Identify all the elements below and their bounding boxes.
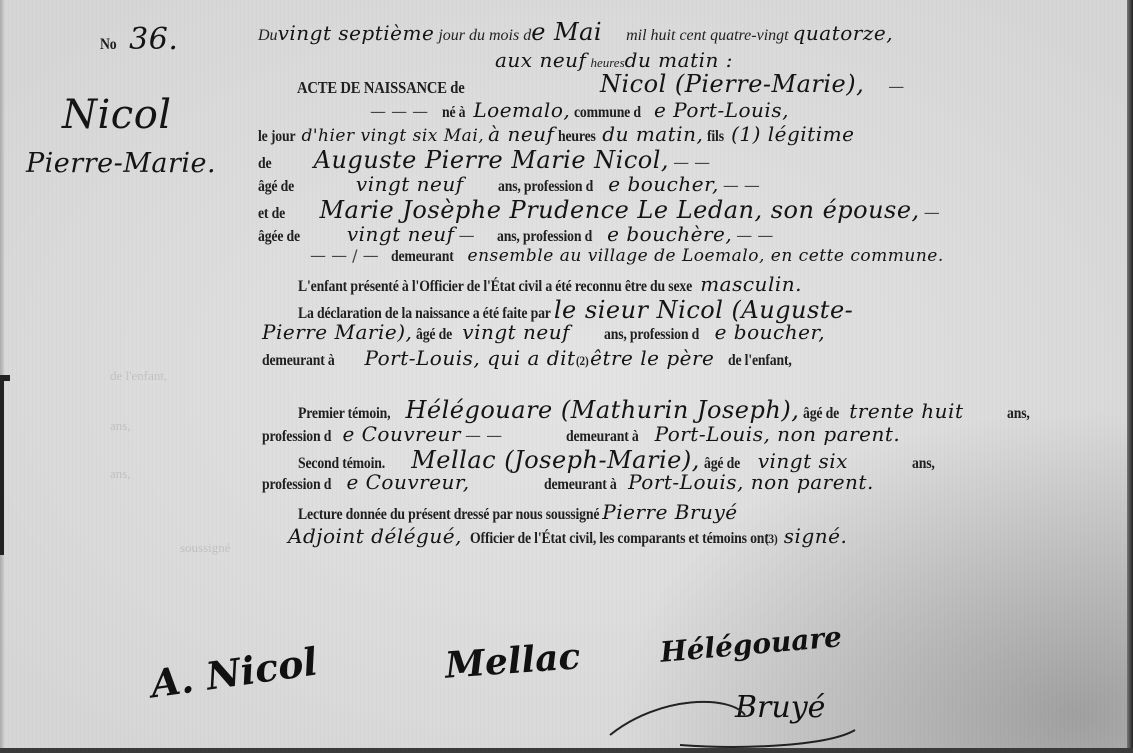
margin-surname-text: Nicol [62,92,172,138]
header-line-2: aux neuf heuresdu matin : [495,48,733,72]
le-jour-label: le jour [258,128,295,146]
commune-value: e Port-Louis, [654,98,789,122]
declarant-age-line: Pierre Marie), âgé de vingt neuf ans, pr… [262,320,825,344]
ans-label: ans, [912,455,935,473]
age-label: âgé de [416,326,452,344]
printed-du: Du [258,27,278,44]
residence-value: ensemble au village de Loemalo, en cette… [468,246,944,266]
father-name-line: de Auguste Pierre Marie Nicol, — — [258,146,710,174]
birth-place-line: — — — né à Loemalo, commune de Port-Loui… [370,98,789,122]
father-age-line: âgé de vingt neuf ans, profession de bou… [258,172,760,196]
mother-name: Marie Josèphe Prudence Le Ledan, son épo… [319,196,919,224]
signature-flourish [600,690,860,750]
profession-label: profession d [262,428,331,446]
declarant-profession: e boucher, [715,320,826,344]
father-name: Auguste Pierre Marie Nicol, [314,146,669,174]
margin-surname: Nicol [62,92,172,138]
profession-label: ans, profession d [604,326,699,344]
witness2-profession: e Couvreur, [346,470,469,494]
bleed-through-text: ans, [110,466,131,482]
birth-hour: à neuf [488,122,554,146]
entry-number: No 36. [100,22,178,57]
ne-a-label: né à [442,104,465,122]
note-2: (2) [576,353,589,369]
commune-label: commune d [574,104,641,122]
day-value: vingt septième [278,21,435,45]
year-value: quatorze, [793,21,893,45]
ans-label: ans, [1007,405,1030,423]
mother-age-line: âgée de vingt neuf — ans, profession de … [258,222,773,246]
binding-mark [0,375,4,555]
lecture-line: Lecture donnée du présent dressé par nou… [298,500,738,524]
witness1-profession: e Couvreur [342,422,461,446]
declarant-relation: être le père [590,346,714,370]
witness1-profession-line: profession de Couvreur — — demeurant à P… [262,422,900,446]
header-line-1: Duvingt septième jour du mois de Mai mil… [258,18,893,46]
time-value: du matin : [625,48,733,72]
father-profession: e boucher, [608,172,719,196]
officer-role: Adjoint délégué, [288,524,462,548]
father-age: vingt neuf [356,172,464,196]
demeurant-label: demeurant [391,248,454,266]
declarant-given-names: Pierre Marie), [262,320,412,344]
age-label: âgé de [803,405,839,423]
de-l-enfant: de l'enfant, [728,352,792,370]
profession-label: profession d [262,476,331,494]
fils-label: fils [707,128,724,146]
birth-date-line: le jourd'hier vingt six Mai, à neuf heur… [258,122,854,146]
act-title: ACTE DE NAISSANCE de [297,78,465,98]
child-sex-line: L'enfant présenté à l'Officier de l'État… [298,272,802,296]
bleed-through-text: de l'enfant, [110,368,167,384]
declarant-age: vingt neuf [462,320,570,344]
demeurant-label: demeurant à [566,428,639,446]
witness1-residence: Port-Louis, non parent. [655,422,901,446]
child-name-line: Nicol (Pierre-Marie), — [600,70,904,98]
profession-label: ans, profession d [497,228,592,246]
signature-helegouare: Hélégouare [659,620,843,669]
demeurant-label: demeurant à [262,352,335,370]
declarant-residence-line: demeurant à Port-Louis, qui a dit(2)être… [262,346,802,370]
witness1-name: Hélégouare (Mathurin Joseph), [405,396,799,424]
residence-line: — — / — demeurant ensemble au village de… [310,246,944,266]
witness2-residence: Port-Louis, non parent. [628,470,874,494]
margin-given-names: Pierre-Marie. [26,148,216,179]
child-sex-value: masculin. [700,272,802,296]
legitimacy-note: (1) légitime [731,122,854,146]
witness1-age: trente huit [849,399,963,423]
officer-name: Pierre Bruyé [602,500,737,524]
signature-mellac: Mellac [444,635,582,686]
witness1-label: Premier témoin, [298,405,390,423]
birth-time-detail: du matin, [602,122,703,146]
witness1-line: Premier témoin,Hélégouare (Mathurin Jose… [298,396,1034,424]
birth-register-page: de l'enfant, ans, ans, soussigné No 36. … [0,0,1133,753]
mother-age: vingt neuf [347,222,455,246]
demeurant-label: demeurant à [544,476,617,494]
birth-place: Loemalo, [473,98,570,122]
de-label: de [258,155,271,173]
age-label: âgé de [258,178,294,196]
signed-value: signé. [784,524,848,548]
printed-heures: heures [590,55,624,70]
page-right-edge [1127,0,1133,753]
et-de-label: et de [258,205,285,223]
witness2-profession-line: profession de Couvreur, demeurant àPort-… [262,470,874,494]
bleed-through-text: ans, [110,418,131,434]
child-name: Nicol (Pierre-Marie), [600,70,864,98]
lecture-printed: Lecture donnée du présent dressé par nou… [298,506,599,524]
act-title-line: ACTE DE NAISSANCE de [297,78,492,98]
margin-given-names-text: Pierre-Marie. [26,148,216,179]
printed-year: mil huit cent quatre-vingt [626,27,788,44]
signature-a-nicol: A. Nicol [148,639,321,707]
officier-printed: Officier de l'État civil, les comparants… [470,530,769,548]
child-sex-printed: L'enfant présenté à l'Officier de l'État… [298,278,692,296]
page-bottom-edge [0,748,1133,753]
entry-number-label: No [100,36,116,54]
filler-dashes: — — — [370,102,428,121]
note-3: (3) [765,531,778,547]
bleed-through-text: soussigné [180,540,231,556]
birth-date: d'hier vingt six Mai, [301,126,484,146]
officer-line: Adjoint délégué, Officier de l'État civi… [288,524,847,548]
month-value: e Mai [531,18,602,46]
heures-label: heures [558,128,596,146]
profession-label: ans, profession d [498,178,593,196]
entry-number-value: 36. [129,22,178,57]
hour-value: aux neuf [495,48,586,72]
age-label: âgée de [258,228,300,246]
mother-profession: e bouchère, [607,222,732,246]
declarant-residence: Port-Louis, qui a dit [364,346,575,370]
printed-jour-du-mois: jour du mois d [438,27,531,44]
mother-name-line: et de Marie Josèphe Prudence Le Ledan, s… [258,196,940,224]
